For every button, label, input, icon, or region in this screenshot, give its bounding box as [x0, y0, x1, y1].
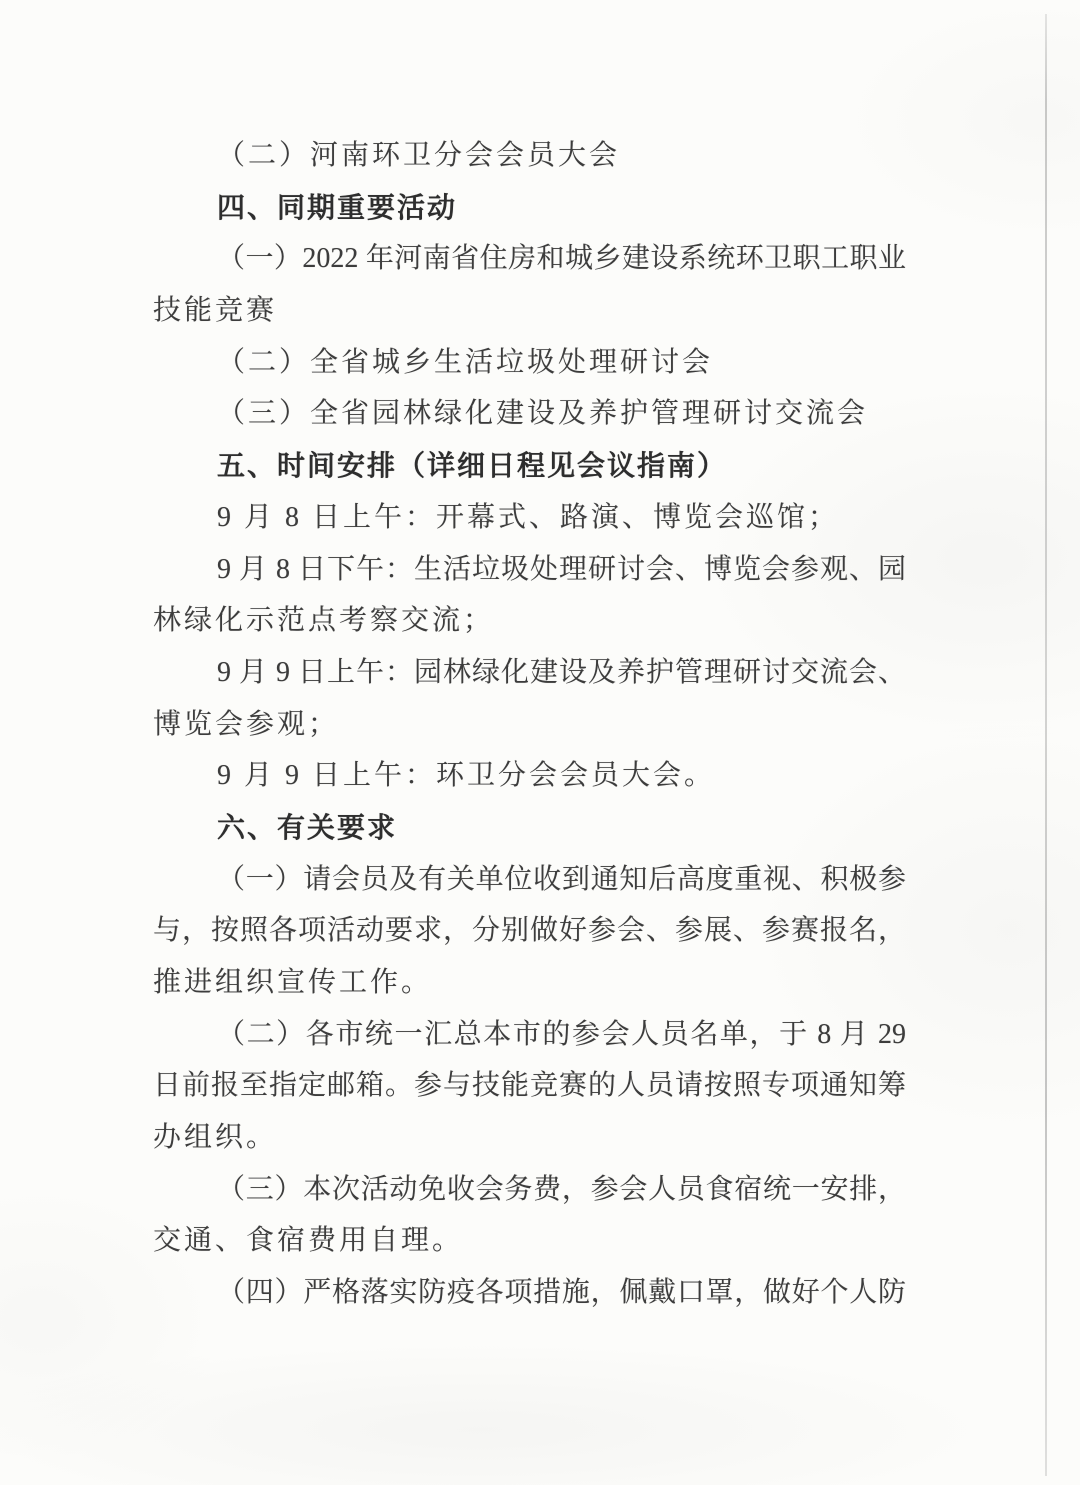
text-line: （二）河南环卫分会会员大会: [153, 130, 906, 182]
text-line: （三）本次活动免收会务费，参会人员食宿统一安排，: [153, 1164, 906, 1216]
text-line: 9 月 9 日上午：环卫分会会员大会。: [153, 750, 906, 802]
section-heading: 四、同期重要活动: [153, 182, 906, 234]
text-line: 博览会参观；: [153, 699, 906, 751]
section-heading: 五、时间安排（详细日程见会议指南）: [153, 440, 906, 492]
text-line: 办组织。: [153, 1112, 906, 1164]
text-line: 9 月 8 日下午：生活垃圾处理研讨会、博览会参观、园: [153, 544, 906, 596]
text-line: 日前报至指定邮箱。参与技能竞赛的人员请按照专项通知筹: [153, 1060, 906, 1112]
scan-edge-line: [1045, 14, 1047, 1476]
text-line: 9 月 8 日上午：开幕式、路演、博览会巡馆；: [153, 492, 906, 544]
document-text-block: （二）河南环卫分会会员大会四、同期重要活动（一）2022 年河南省住房和城乡建设…: [153, 130, 906, 1319]
text-line: （一）请会员及有关单位收到通知后高度重视、积极参: [153, 854, 906, 906]
text-line: （一）2022 年河南省住房和城乡建设系统环卫职工职业: [153, 233, 906, 285]
section-heading: 六、有关要求: [153, 802, 906, 854]
text-line: （二）各市统一汇总本市的参会人员名单，于 8 月 29: [153, 1009, 906, 1061]
text-line: 技能竞赛: [153, 285, 906, 337]
text-line: 林绿化示范点考察交流；: [153, 595, 906, 647]
text-line: 9 月 9 日上午：园林绿化建设及养护管理研讨交流会、: [153, 647, 906, 699]
text-line: （二）全省城乡生活垃圾处理研讨会: [153, 337, 906, 389]
text-line: 与，按照各项活动要求，分别做好参会、参展、参赛报名，: [153, 905, 906, 957]
text-line: 交通、食宿费用自理。: [153, 1215, 906, 1267]
scanned-page: （二）河南环卫分会会员大会四、同期重要活动（一）2022 年河南省住房和城乡建设…: [0, 0, 1080, 1485]
text-line: （三）全省园林绿化建设及养护管理研讨交流会: [153, 388, 906, 440]
text-line: （四）严格落实防疫各项措施，佩戴口罩，做好个人防: [153, 1267, 906, 1319]
text-line: 推进组织宣传工作。: [153, 957, 906, 1009]
